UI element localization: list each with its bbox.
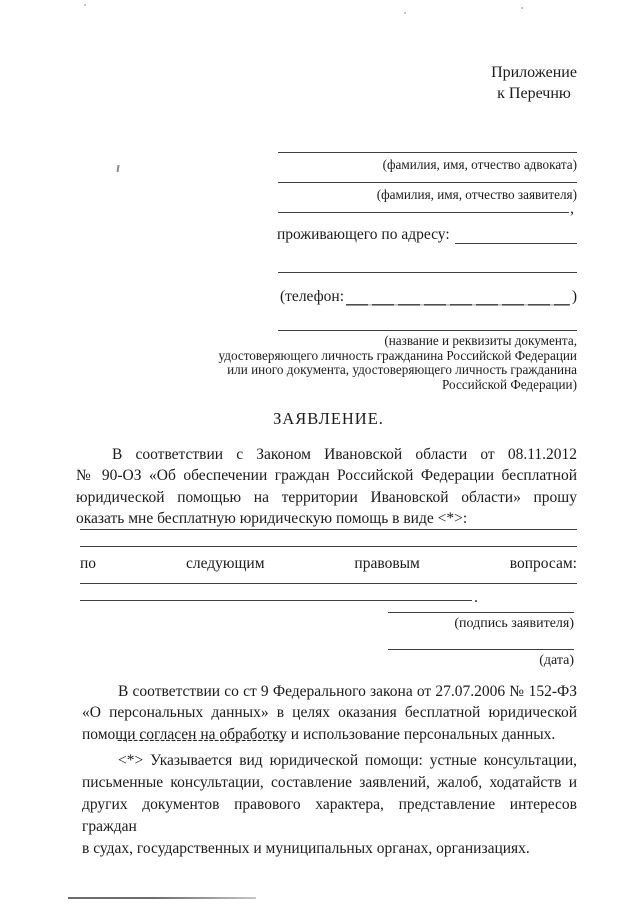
aid-type-blank-2: [80, 546, 577, 547]
address-blank: [455, 226, 577, 244]
footnote-paragraph: <*> Указывается вид юридической помощи: …: [82, 750, 577, 860]
applicant-name-blank: [278, 182, 577, 183]
advocate-name-blank: [278, 152, 577, 153]
consent-line-1: В соответствии со ст 9 Федерального зако…: [82, 681, 577, 702]
applicant-caption: (фамилия, имя, отчество заявителя): [278, 187, 577, 203]
scan-artifact-line: [68, 897, 256, 899]
scan-speckle: [404, 12, 406, 14]
questions-line: по следующим правовым вопросам:: [80, 553, 577, 574]
id-document-caption-line-1: (название и реквизиты документа,: [150, 334, 577, 349]
consent-line-2: «О персональных данных» в целях оказания…: [82, 702, 577, 723]
id-document-caption-line-3: или иного документа, удостоверяющего лич…: [150, 363, 577, 378]
signature-caption: (подпись заявителя): [388, 616, 574, 632]
appendix-line-1: Приложение: [476, 62, 592, 83]
id-document-blank: [278, 330, 577, 331]
scan-speckle: [117, 165, 120, 172]
id-document-caption-line-2: удостоверяющего личность гражданина Росс…: [150, 349, 577, 364]
scanned-application-form: Приложение к Перечню (фамилия, имя, отче…: [0, 0, 640, 905]
footnote-line-2: письменные консультации, составление зая…: [82, 772, 577, 794]
footnote-line-1: <*> Указывается вид юридической помощи: …: [82, 750, 577, 772]
address-continuation-blank: [278, 272, 577, 273]
body-paragraph-line-2: № 90-ОЗ «Об обеспечении граждан Российск…: [76, 465, 577, 486]
address-row: проживающего по адресу:: [277, 225, 577, 244]
body-paragraph-line-3: юридической помощью на территории Иванов…: [76, 487, 577, 508]
signature-blank: [388, 612, 574, 613]
period-mark: .: [474, 590, 478, 606]
address-label: проживающего по адресу:: [277, 225, 450, 244]
footnote-separator: -------------------------------: [117, 733, 284, 748]
document-title: ЗАЯВЛЕНИЕ.: [80, 409, 577, 429]
footnote-line-4: в судах, государственных и муниципальных…: [82, 838, 577, 860]
appendix-line-2: к Перечню: [476, 83, 592, 104]
name-continuation-blank: [278, 212, 569, 213]
phone-row: (телефон: ): [280, 287, 577, 306]
body-paragraph-line-4: оказать мне бесплатную юридическую помощ…: [76, 508, 577, 529]
footnote-line-3: других документов правового характера, п…: [82, 794, 577, 838]
scan-speckle: [521, 7, 523, 9]
date-caption: (дата): [388, 653, 574, 669]
aid-type-blank-1: [80, 529, 577, 530]
advocate-caption: (фамилия, имя, отчество адвоката): [278, 157, 577, 173]
phone-label-close: ): [572, 287, 577, 306]
date-blank: [388, 649, 574, 650]
id-document-caption-line-4: Российской Федерации): [150, 378, 577, 393]
body-paragraph: В соответствии с Законом Ивановской обла…: [76, 444, 577, 529]
phone-blank: [346, 289, 570, 306]
phone-label-open: (телефон:: [280, 287, 344, 306]
comma-mark: ,: [570, 201, 574, 217]
scan-speckle: [84, 4, 86, 6]
questions-blank-1: [80, 583, 577, 584]
id-document-caption-block: (название и реквизиты документа, удостов…: [150, 334, 577, 392]
questions-blank-2: [80, 600, 472, 601]
appendix-block: Приложение к Перечню: [476, 62, 592, 104]
body-paragraph-line-1: В соответствии с Законом Ивановской обла…: [76, 444, 577, 465]
